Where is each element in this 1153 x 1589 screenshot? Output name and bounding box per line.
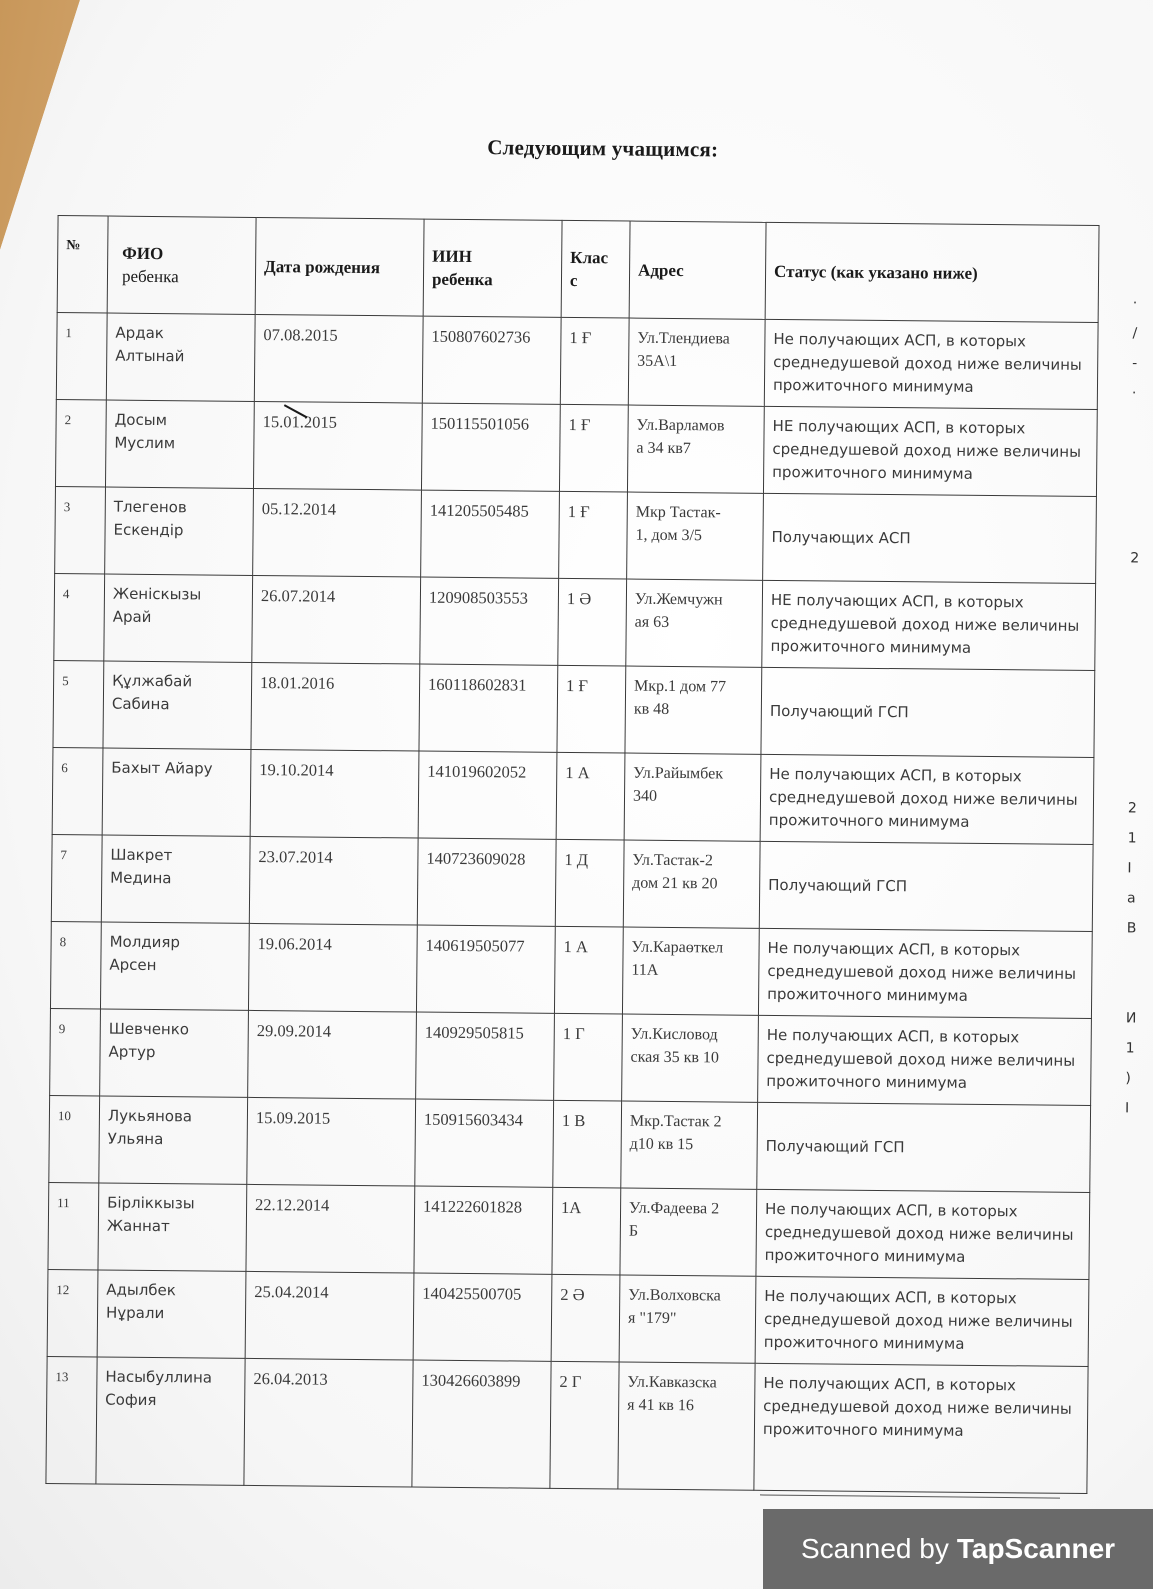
child-given-name: Муслим [114,432,245,456]
status-cell: Не получающих АСП, в которых среднедушев… [755,1276,1089,1366]
child-given-name: София [105,1389,236,1413]
status-text: Не получающих АСП, в которых среднедушев… [769,765,1078,831]
child-surname: Досым [115,409,246,433]
status-cell: Получающих АСП [763,493,1097,583]
row-number: 11 [57,1195,70,1210]
address-cell: Ул.Жемчужная 63 [626,579,763,667]
class-cell: 1 Д [555,839,624,927]
status-cell: Не получающих АСП, в которых среднедушев… [758,1015,1092,1105]
row-number-cell: 1 [56,313,107,400]
birth-date-cell: 26.07.2014 [252,575,421,664]
birth-date: 19.10.2014 [259,760,333,780]
class-value: 2 Ә [560,1285,584,1304]
header-num: № [57,216,108,313]
class-cell: 1 Ғ [559,491,628,579]
child-surname: Ардак [115,322,246,346]
row-number: 2 [65,412,72,427]
child-iin: 120908503553 [429,588,528,608]
row-number: 13 [55,1369,68,1384]
row-number: 3 [64,499,71,514]
class-cell: 1 Ғ [559,404,628,492]
edge-mark: - [1132,355,1137,371]
child-surname: Тлегенов [114,496,245,520]
address-line1: Ул.Караөткел [631,936,750,960]
child-given-name: Арай [113,606,244,630]
status-text: НЕ получающих АСП, в которых среднедушев… [772,417,1081,483]
iin-cell: 140723609028 [417,838,556,926]
child-name-cell: АдылбекНұрали [97,1270,246,1358]
child-iin: 140425500705 [422,1284,521,1304]
address-line1: Мкр.1 дом 77 [634,675,753,699]
class-value: 1 Ә [567,589,591,608]
child-name-cell: ҚұлжабайСабина [103,661,252,749]
scanner-watermark: Scanned by TapScanner [763,1509,1153,1589]
row-number-cell: 13 [46,1357,97,1484]
header-status: Статус (как указано ниже) [765,222,1099,322]
class-value: 2 Г [559,1372,581,1391]
child-surname: Шакрет [110,844,241,868]
child-iin: 150115501056 [431,414,530,434]
row-number: 7 [60,847,67,862]
edge-mark: ) [1125,1070,1131,1086]
edge-mark: B [1127,920,1137,936]
status-text: Получающий ГСП [770,701,909,720]
header-address-label: Адрес [638,260,684,279]
address-cell: Ул.Райымбек340 [624,753,761,841]
birth-date: 19.06.2014 [258,934,332,954]
watermark-brand: TapScanner [957,1533,1115,1565]
edge-mark: · [1133,295,1138,311]
birth-date: 07.08.2015 [263,325,337,345]
birth-date: 22.12.2014 [255,1195,329,1215]
status-cell: Не получающих АСП, в которых среднедушев… [754,1363,1088,1493]
child-iin: 150807602736 [431,327,530,347]
status-text: Не получающих АСП, в которых среднедушев… [765,1200,1074,1266]
birth-date: 26.04.2013 [253,1369,327,1389]
child-iin: 160118602831 [428,675,527,695]
birth-date-cell: 29.09.2014 [248,1010,417,1099]
address-line1: Ул.Тастак-2 [632,849,751,873]
birth-date-cell: 22.12.2014 [246,1184,415,1273]
birth-date-cell: 07.08.2015 [254,314,423,403]
row-number-cell: 4 [54,574,105,661]
child-iin: 141222601828 [423,1197,522,1217]
edge-mark: I [1127,860,1131,876]
date-with-correction: 15.01.2015 [263,410,337,434]
edge-mark: 2 [1128,800,1137,816]
header-class-line2: с [570,269,621,292]
birth-date-cell: 15.01.2015 [253,401,422,490]
address-cell: Ул.Кавказская 41 кв 16 [618,1362,755,1490]
row-number: 4 [63,586,70,601]
header-num-label: № [66,238,80,253]
address-cell: Ул.Караөткел11А [622,927,759,1015]
iin-cell: 140619505077 [416,925,555,1013]
status-cell: Не получающих АСП, в которых среднедушев… [764,319,1098,409]
status-cell: Получающий ГСП [759,841,1093,931]
child-iin: 150915603434 [424,1110,523,1130]
edge-mark: 2 [1130,550,1139,566]
document-page: Следующим учащимся: № ФИО ребенка Дата р… [0,0,1153,1589]
table-row: 13НасыбуллинаСофия26.04.2013130426603899… [46,1357,1088,1494]
table-row: 6Бахыт Айару19.10.20141410196020521 АУл.… [52,748,1094,845]
birth-date-cell: 26.04.2013 [244,1358,413,1487]
class-value: 1А [561,1198,581,1217]
header-name: ФИО ребенка [107,216,256,314]
header-name-line1: ФИО [122,242,247,266]
row-number: 12 [56,1282,69,1297]
child-name-cell: НасыбуллинаСофия [96,1357,245,1485]
iin-cell: 141205505485 [421,490,560,578]
table-row: 3ТлегеновЕскендір05.12.20141412055054851… [55,487,1097,584]
header-class-line1: Клас [570,246,621,269]
header-name-line2: ребенка [122,265,247,289]
status-cell: НЕ получающих АСП, в которых среднедушев… [763,406,1097,496]
child-name-cell: АрдакАлтынай [106,313,255,401]
status-text: Не получающих АСП, в которых среднедушев… [766,1026,1075,1092]
birth-date-cell: 19.06.2014 [248,923,417,1012]
address-cell: Ул.Кисловодская 35 кв 10 [622,1014,759,1102]
child-name-cell: ЛукьяноваУльяна [99,1096,248,1184]
iin-cell: 140929505815 [416,1012,555,1100]
address-line2: дом 21 кв 20 [632,872,751,896]
row-number-cell: 8 [50,922,101,1009]
table-row: 9ШевченкоАртур29.09.20141409295058151 ГУ… [50,1009,1092,1106]
status-text: Не получающих АСП, в которых среднедушев… [763,1374,1072,1440]
address-line1: Ул.Райымбек [633,762,752,786]
child-name-cell: ЖеніскызыАрай [104,574,253,662]
class-cell: 1А [552,1187,621,1275]
address-line1: Ул.Волховска [628,1284,747,1308]
address-line1: Ул.Тлендиева [637,327,756,351]
address-line2: 11А [631,959,750,983]
child-iin: 130426603899 [421,1371,520,1391]
status-cell: Получающий ГСП [757,1102,1091,1192]
birth-date: 25.04.2014 [254,1282,328,1302]
iin-cell: 141019602052 [418,751,557,839]
child-name-cell: ШевченкоАртур [100,1009,249,1097]
edge-mark: I [1125,1100,1129,1116]
iin-cell: 160118602831 [419,664,558,752]
child-surname: Құлжабай [112,670,243,694]
table-row: 2ДосымМуслим15.01.20151501155010561 ҒУл.… [55,400,1097,497]
address-cell: Ул.Тлендиева35А\1 [628,318,765,406]
row-number: 6 [61,760,68,775]
address-line2: д10 кв 15 [630,1133,749,1157]
child-iin: 140723609028 [426,849,525,869]
header-iin-line2: ребенка [432,268,553,292]
child-iin: 140619505077 [426,936,525,956]
adjacent-page-edge-marks: ·/-·221IaBИ1)I [1120,285,1153,1185]
child-given-name: Сабина [112,693,243,717]
row-number: 5 [62,673,69,688]
address-line2: 1, дом 3/5 [635,524,754,548]
birth-date: 15.09.2015 [256,1108,330,1128]
edge-mark: И [1126,1010,1137,1026]
address-line1: Ул.Фадеева 2 [629,1197,748,1221]
class-cell: 1 Ғ [557,665,626,753]
birth-date: 05.12.2014 [262,499,336,519]
edge-mark: / [1132,325,1137,341]
address-cell: Ул.Волховская "179" [619,1275,756,1363]
class-value: 1 Г [563,1024,585,1043]
iin-cell: 150115501056 [421,403,560,491]
class-value: 1 Ғ [568,502,590,521]
status-cell: Получающий ГСП [761,667,1095,757]
birth-date: 26.07.2014 [261,586,335,606]
header-class: Клас с [561,220,630,318]
birth-date-cell: 25.04.2014 [245,1271,414,1360]
table-row: 12АдылбекНұрали25.04.20141404255007052 Ә… [47,1270,1089,1367]
child-given-name: Нұрали [106,1302,237,1326]
status-cell: Не получающих АСП, в которых среднедушев… [758,928,1092,1018]
child-given-name: Ескендір [113,519,244,543]
child-given-name: Алтынай [115,345,246,369]
class-value: 1 В [562,1111,586,1130]
address-cell: Мкр.1 дом 77кв 48 [625,666,762,754]
table-row: 1АрдакАлтынай07.08.20151508076027361 ҒУл… [56,313,1098,410]
header-iin-line1: ИИН [432,245,553,269]
status-text: Получающий ГСП [766,1136,905,1155]
child-name-cell: ДосымМуслим [105,400,254,488]
address-cell: Ул.Фадеева 2Б [620,1188,757,1276]
child-name-cell: ШакретМедина [101,835,250,923]
child-surname: Бахыт Айару [111,757,242,781]
class-cell: 2 Ә [551,1274,620,1362]
iin-cell: 141222601828 [414,1186,553,1274]
table-row: 4ЖеніскызыАрай26.07.20141209085035531 ӘУ… [54,574,1096,671]
class-value: 1 Ғ [569,328,591,347]
class-cell: 1 А [556,752,625,840]
child-surname: Бірліккызы [107,1192,238,1216]
address-line2: я "179" [628,1307,747,1331]
row-number-cell: 11 [48,1183,99,1270]
table-row: 7ШакретМедина23.07.20141407236090281 ДУл… [51,835,1093,932]
header-birth-date-label: Дата рождения [264,257,380,277]
child-given-name: Арсен [109,954,240,978]
address-line1: Ул.Кисловод [631,1023,750,1047]
class-value: 1 А [564,937,588,956]
status-text: Не получающих АСП, в которых среднедушев… [767,939,1076,1005]
header-address: Адрес [629,221,766,319]
edge-mark: 1 [1128,830,1137,846]
iin-cell: 140425500705 [413,1273,552,1361]
address-line2: ая 63 [635,611,754,635]
address-line1: Мкр.Тастак 2 [630,1110,749,1134]
edge-mark: · [1132,385,1137,401]
status-text: Получающий ГСП [768,875,907,894]
address-line2: Б [629,1220,748,1244]
child-surname: Женіскызы [113,583,244,607]
row-number-cell: 5 [53,661,104,748]
child-iin: 141019602052 [427,762,526,782]
row-number-cell: 2 [55,400,106,487]
child-iin: 140929505815 [425,1023,524,1043]
table-row: 8МолдиярАрсен19.06.20141406195050771 АУл… [50,922,1092,1019]
row-number-cell: 9 [50,1009,101,1096]
address-line1: Ул.Жемчужн [635,588,754,612]
edge-mark: 1 [1126,1040,1135,1056]
watermark-prefix: Scanned by [801,1533,949,1565]
birth-date-cell: 19.10.2014 [250,749,419,838]
address-line2: 340 [633,785,752,809]
child-given-name: Артур [108,1041,239,1065]
birth-date: 23.07.2014 [258,847,332,867]
row-number-cell: 7 [51,835,102,922]
class-value: 1 Ғ [566,676,588,695]
row-number-cell: 3 [55,487,106,574]
table-row: 5ҚұлжабайСабина18.01.20161601186028311 Ғ… [53,661,1095,758]
child-iin: 141205505485 [430,501,529,521]
iin-cell: 130426603899 [412,1360,551,1488]
address-line1: Ул.Кавказска [627,1371,746,1395]
row-number: 1 [65,325,72,340]
status-text: Не получающих АСП, в которых среднедушев… [773,330,1082,396]
address-line1: Мкр Тастак- [636,501,755,525]
child-surname: Молдияр [110,931,241,955]
header-birth-date: Дата рождения [255,217,424,316]
child-given-name: Медина [110,867,241,891]
class-cell: 1 Г [554,1013,623,1101]
address-line2: кв 48 [634,698,753,722]
row-number-cell: 10 [49,1096,100,1183]
address-line2: а 34 кв7 [636,437,755,461]
status-text: НЕ получающих АСП, в которых среднедушев… [770,591,1079,657]
child-name-cell: Бахыт Айару [102,748,251,836]
address-cell: Ул.Тастак-2дом 21 кв 20 [623,840,760,928]
row-number-cell: 6 [52,748,103,835]
class-value: 1 Ғ [569,415,591,434]
child-given-name: Жаннат [107,1215,238,1239]
iin-cell: 150915603434 [415,1099,554,1187]
status-text: Получающих АСП [771,527,910,546]
child-given-name: Ульяна [108,1128,239,1152]
birth-date: 29.09.2014 [257,1021,331,1041]
birth-date-cell: 18.01.2016 [251,662,420,751]
birth-date-cell: 15.09.2015 [247,1097,416,1186]
address-line2: ская 35 кв 10 [630,1046,749,1070]
table-row: 10ЛукьяноваУльяна15.09.20151509156034341… [49,1096,1091,1193]
row-number-cell: 12 [47,1270,98,1357]
header-iin: ИИН ребенка [423,219,562,317]
child-surname: Лукьянова [108,1105,239,1129]
birth-date-cell: 05.12.2014 [253,488,422,577]
class-cell: 1 А [554,926,623,1014]
class-cell: 2 Г [550,1361,619,1489]
class-cell: 1 Ә [558,578,627,666]
header-status-label: Статус (как указано ниже) [774,261,978,282]
class-value: 1 А [565,763,589,782]
address-cell: Мкр.Тастак 2д10 кв 15 [621,1101,758,1189]
edge-mark: a [1127,890,1136,906]
birth-date: 18.01.2016 [260,673,334,693]
child-surname: Шевченко [109,1018,240,1042]
class-cell: 1 В [553,1100,622,1188]
status-text: Не получающих АСП, в которых среднедушев… [764,1287,1073,1353]
students-table: № ФИО ребенка Дата рождения ИИН ребенка … [45,215,1099,1494]
address-cell: Мкр Тастак-1, дом 3/5 [627,492,764,580]
status-cell: Не получающих АСП, в которых среднедушев… [756,1189,1090,1279]
class-value: 1 Д [564,850,588,869]
iin-cell: 150807602736 [422,316,561,404]
status-cell: Не получающих АСП, в которых среднедушев… [760,754,1094,844]
address-line2: 35А\1 [637,350,756,374]
iin-cell: 120908503553 [420,577,559,665]
child-name-cell: БірліккызыЖаннат [98,1183,247,1271]
status-cell: НЕ получающих АСП, в которых среднедушев… [762,580,1096,670]
class-cell: 1 Ғ [560,317,629,405]
child-surname: Адылбек [106,1279,237,1303]
address-line2: я 41 кв 16 [627,1394,746,1418]
address-cell: Ул.Варламова 34 кв7 [627,405,764,493]
child-name-cell: МолдиярАрсен [100,922,249,1010]
table-row: 11БірліккызыЖаннат22.12.2014141222601828… [48,1183,1090,1280]
child-name-cell: ТлегеновЕскендір [105,487,254,575]
address-line1: Ул.Варламов [636,414,755,438]
row-number: 10 [58,1108,71,1123]
table-header-row: № ФИО ребенка Дата рождения ИИН ребенка … [57,216,1099,323]
row-number: 8 [60,934,67,949]
document-title: Следующим учащимся: [6,131,1153,167]
row-number: 9 [59,1021,66,1036]
child-surname: Насыбуллина [105,1366,236,1390]
birth-date-cell: 23.07.2014 [249,836,418,925]
